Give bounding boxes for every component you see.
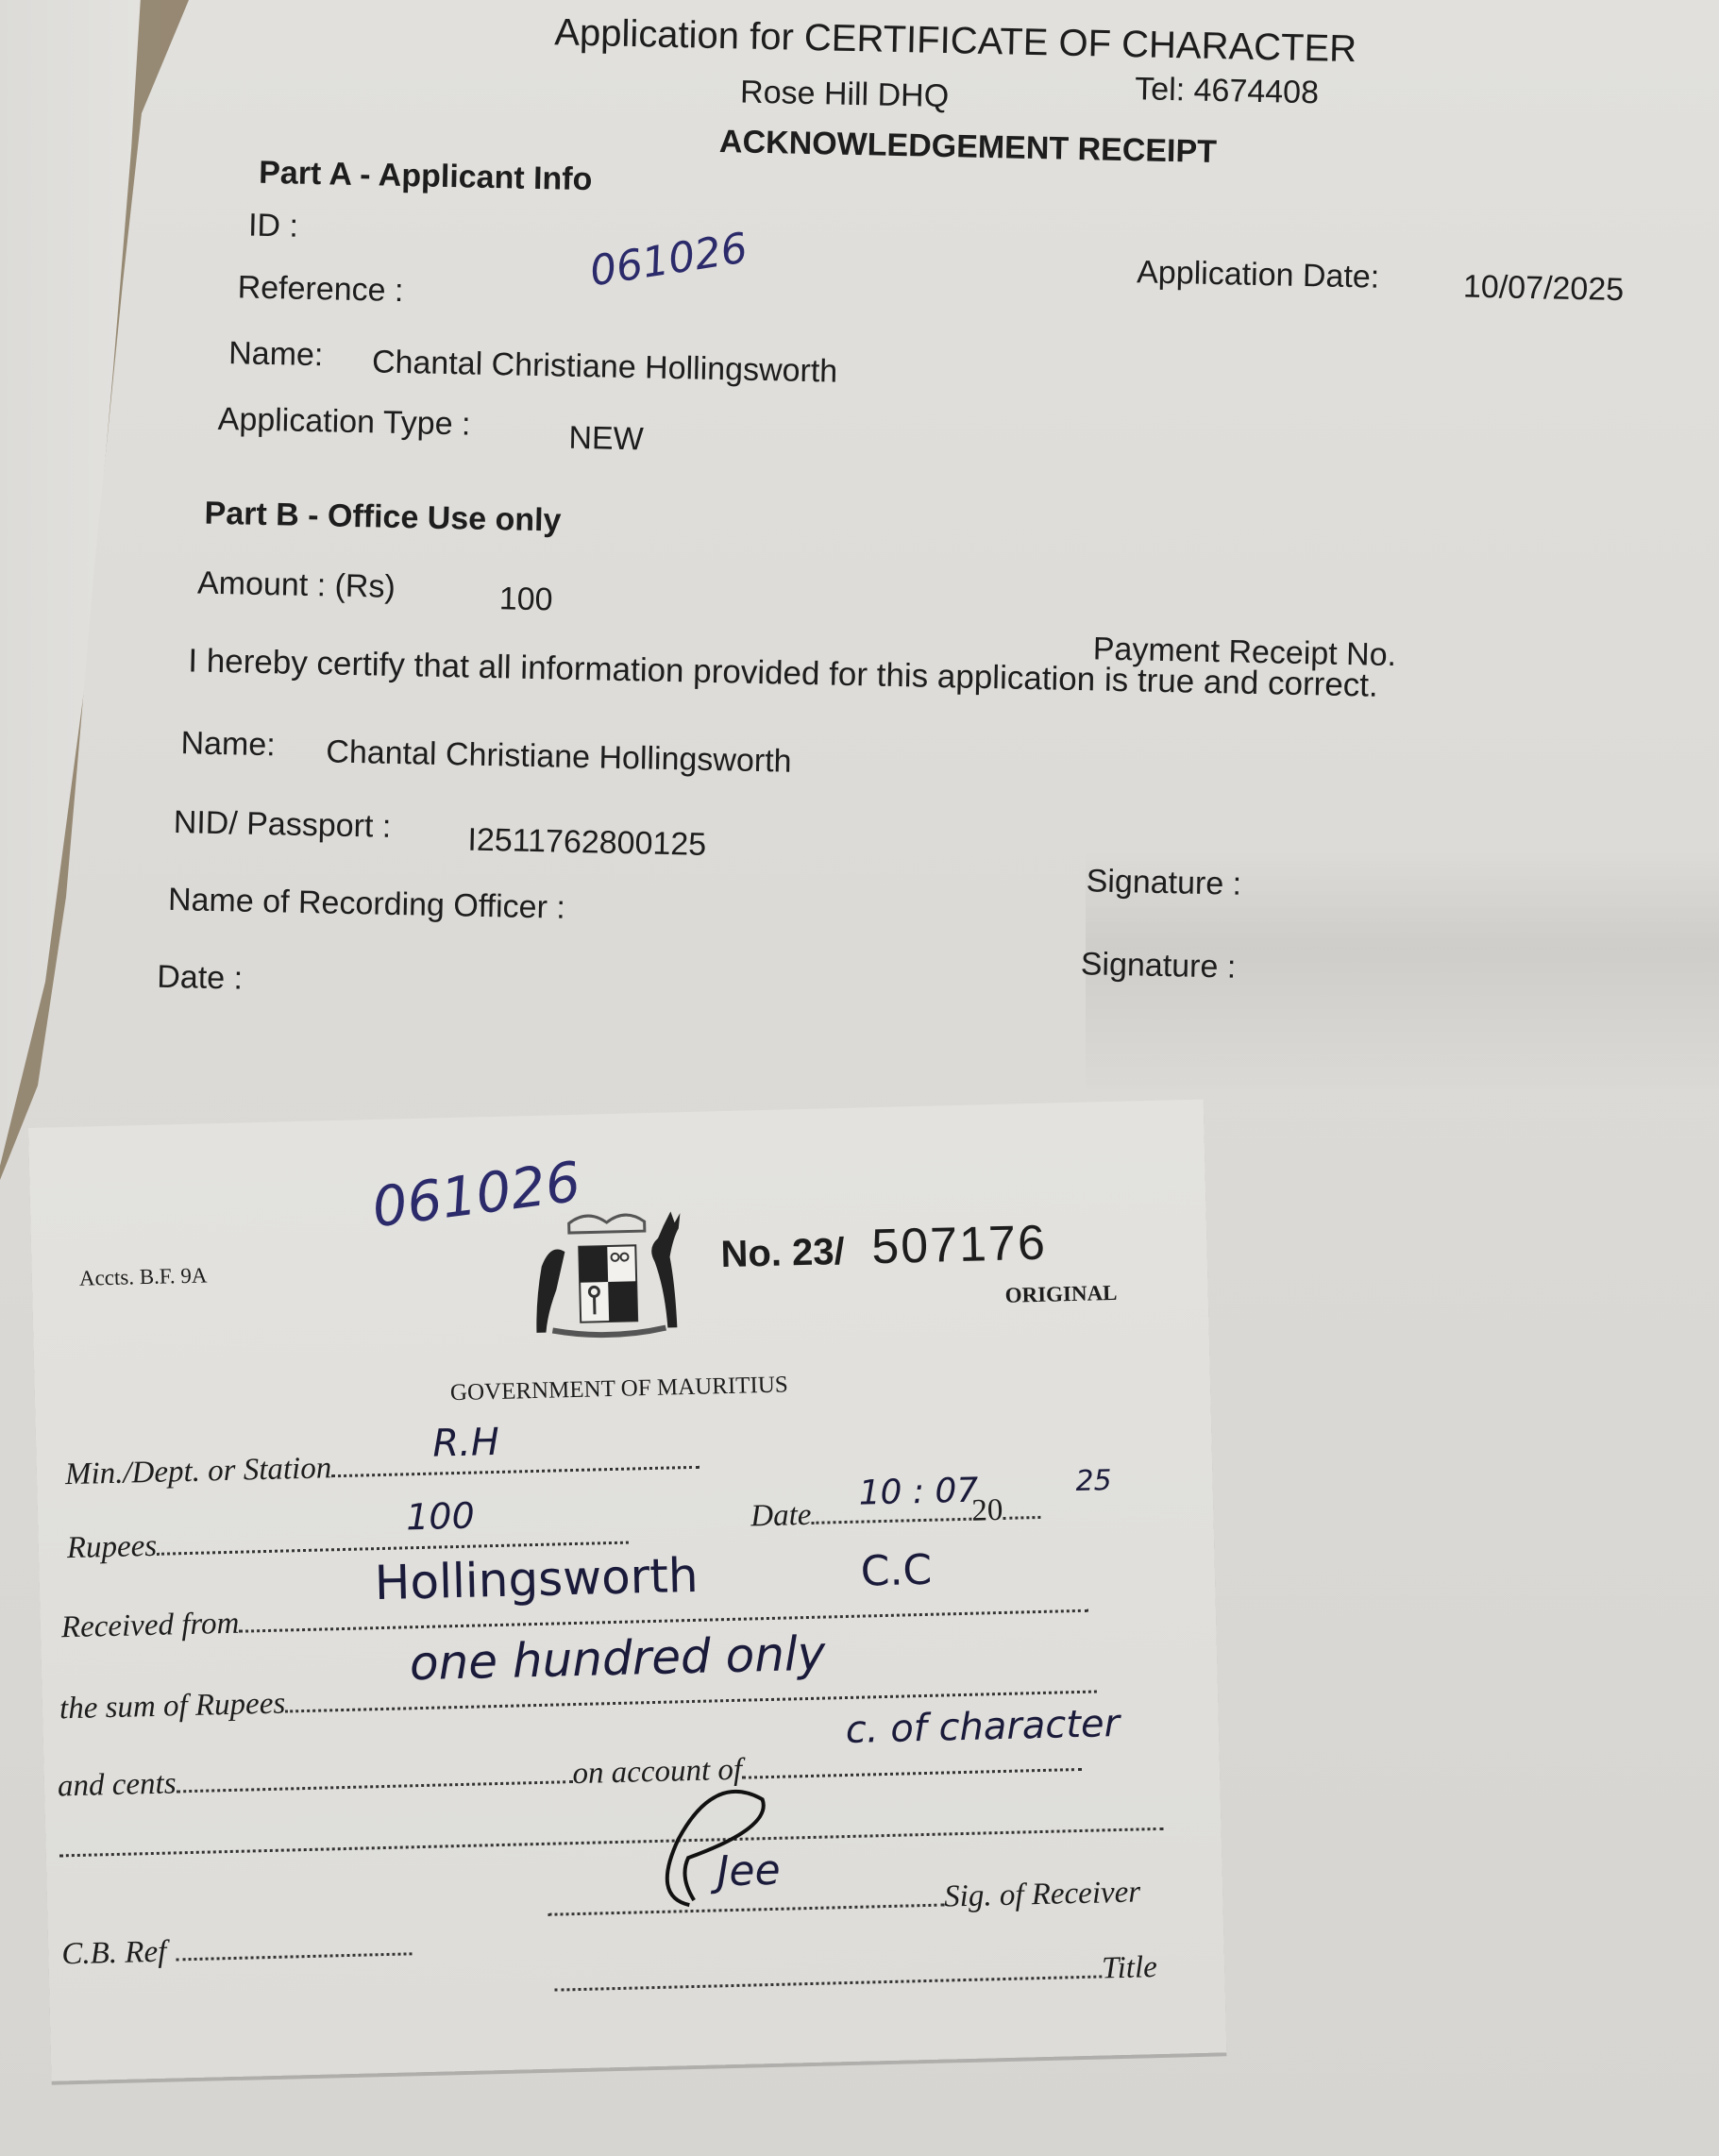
- receiver-signature-label: Sig. of Receiver: [944, 1875, 1141, 1913]
- receipt-number: 507176: [871, 1215, 1048, 1276]
- cents-field-line: [177, 1779, 573, 1793]
- cb-ref-label: C.B. Ref: [61, 1935, 167, 1972]
- document-title: Application for CERTIFICATE OF CHARACTER: [554, 11, 1357, 71]
- declarant-name: Chantal Christiane Hollingsworth: [326, 733, 792, 780]
- cents-label: and cents: [58, 1766, 177, 1803]
- year-field-line: [1003, 1515, 1041, 1520]
- sum-value: one hundred only: [409, 1626, 826, 1692]
- title-field-line: [554, 1974, 1102, 1991]
- cb-ref-field-line: [176, 1951, 412, 1961]
- applicant-signature-label: Signature :: [1086, 863, 1241, 902]
- nid-passport-value: I2511762800125: [467, 822, 707, 864]
- applicant-name: Chantal Christiane Hollingsworth: [372, 344, 838, 390]
- date-label: Date :: [157, 959, 244, 998]
- application-date-label: Application Date:: [1137, 254, 1380, 295]
- id-label: ID :: [248, 208, 299, 245]
- coat-of-arms-icon: [521, 1206, 694, 1342]
- receipt-number-prefix: No. 23/: [720, 1231, 845, 1276]
- part-a-heading: Part A - Applicant Info: [259, 155, 593, 198]
- application-sheet: Application for CERTIFICATE OF CHARACTER…: [0, 0, 1719, 2156]
- station-label: Min./Dept. or Station: [65, 1451, 332, 1491]
- blank-field-line: [59, 1827, 1164, 1858]
- received-from-label: Received from: [61, 1607, 240, 1645]
- officer-signature-label: Signature :: [1080, 946, 1236, 985]
- station-value: R.H: [432, 1421, 500, 1466]
- rupees-value: 100: [406, 1495, 476, 1539]
- account-value: c. of character: [845, 1702, 1120, 1752]
- date-year-suffix: 25: [1075, 1464, 1112, 1498]
- rupees-label: Rupees: [66, 1529, 157, 1565]
- office-name: Rose Hill DHQ: [740, 74, 950, 115]
- sum-label: the sum of Rupees: [59, 1687, 286, 1726]
- received-from-initials: C.C: [860, 1546, 933, 1596]
- copy-type: ORIGINAL: [1004, 1281, 1117, 1308]
- application-type: NEW: [568, 420, 644, 459]
- received-from-value: Hollingsworth: [374, 1548, 699, 1610]
- name-label: Name:: [228, 335, 324, 374]
- reference-handwritten: 061026: [586, 224, 750, 295]
- receipt-heading: ACKNOWLEDGEMENT RECEIPT: [719, 124, 1218, 171]
- application-date: 10/07/2025: [1463, 269, 1625, 310]
- recording-officer-label: Name of Recording Officer :: [168, 882, 566, 927]
- date-label-receipt: Date: [750, 1498, 812, 1534]
- reference-label: Reference :: [237, 269, 404, 310]
- form-code: Accts. B.F. 9A: [79, 1263, 208, 1290]
- issuer-name: GOVERNMENT OF MAURITIUS: [450, 1372, 788, 1406]
- declarant-name-label: Name:: [180, 725, 276, 764]
- amount-label: Amount : (Rs): [197, 565, 396, 606]
- application-type-label: Application Type :: [217, 401, 471, 444]
- station-field-line: [331, 1465, 699, 1478]
- receiver-signature-value: Jee: [716, 1846, 781, 1896]
- date-field-line: [812, 1517, 972, 1524]
- date-value: 10 : 07: [858, 1472, 979, 1513]
- office-telephone: Tel: 4674408: [1135, 71, 1320, 111]
- nid-passport-label: NID/ Passport :: [173, 804, 391, 846]
- government-receipt-slip: 061026 Accts. B.F. 9A No. 23/ 507176 ORI…: [28, 1100, 1226, 2081]
- part-b-heading: Part B - Office Use only: [204, 496, 562, 540]
- acknowledgement-receipt: Application for CERTIFICATE OF CHARACTER…: [0, 0, 1719, 1074]
- title-label: Title: [1102, 1950, 1158, 1985]
- amount-value: 100: [498, 581, 553, 618]
